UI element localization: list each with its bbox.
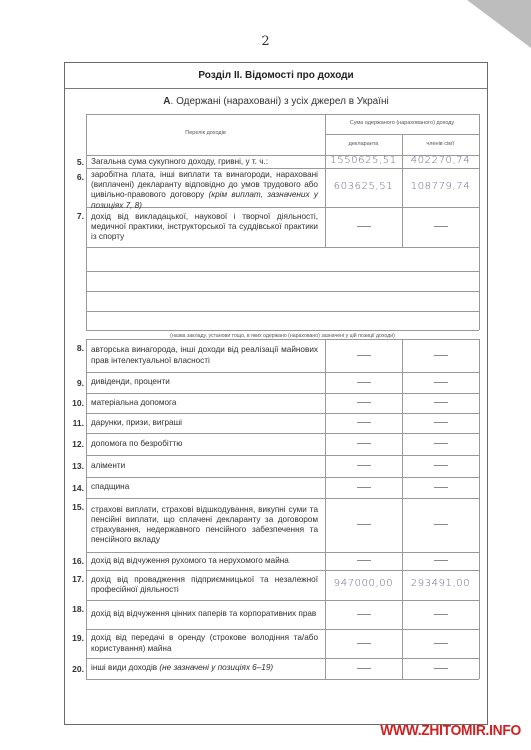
table-rule (479, 339, 480, 372)
row-number: 8. (66, 343, 84, 353)
table-rule (86, 552, 87, 570)
column-header-declarant: декларанта (325, 141, 402, 147)
declarant-value: 603625,51 (325, 181, 402, 192)
table-rule (402, 339, 403, 372)
table-rule (86, 658, 87, 679)
table-rule (402, 477, 403, 498)
income-item-label: дохід від відчуження цінних паперів та к… (91, 609, 318, 619)
table-rule (479, 498, 480, 552)
institution-caption: (назва закладу, установи тощо, в яких од… (86, 333, 479, 339)
income-item-label: дохід від викладацької, наукової і творч… (91, 212, 318, 243)
row-number: 13. (66, 461, 84, 471)
declarant-value-dash (357, 422, 371, 423)
table-rule (402, 393, 403, 413)
table-rule (325, 339, 326, 372)
table-rule (479, 114, 480, 155)
table-rule (402, 600, 403, 629)
table-rule (86, 271, 479, 272)
table-rule (479, 372, 480, 393)
table-rule (479, 455, 480, 477)
page-number: 2 (0, 34, 531, 49)
family-value-dash (434, 643, 448, 644)
income-description: матеріальна допомога (91, 398, 176, 407)
table-rule (479, 247, 480, 330)
table-rule (325, 629, 326, 658)
income-item-label: заробітна плата, інші виплати та винагор… (91, 170, 318, 211)
table-rule (86, 393, 87, 413)
family-value-dash (434, 443, 448, 444)
family-value: 293491,00 (402, 578, 479, 589)
income-item-label: інші види доходів (не зазначені у позиці… (91, 663, 318, 673)
row-number: 16. (66, 556, 84, 566)
table-rule (86, 433, 479, 434)
family-value-dash (434, 614, 448, 615)
row-number: 10. (66, 398, 84, 408)
table-rule (86, 413, 87, 433)
column-header-income-list: Перелік доходів (86, 130, 325, 136)
declarant-value-dash (357, 402, 371, 403)
table-rule (86, 498, 87, 552)
table-rule (402, 552, 403, 570)
table-rule (86, 629, 87, 658)
table-rule (86, 477, 479, 478)
family-value-dash (434, 402, 448, 403)
table-rule (86, 498, 479, 499)
table-rule (325, 372, 326, 393)
table-rule (479, 168, 480, 207)
subsection-letter: А (163, 96, 170, 107)
column-header-sum: Сума одержаного (нарахованого) доходу (325, 120, 479, 126)
row-number: 19. (66, 633, 84, 643)
income-description: дохід від передачі в оренду (строкове во… (91, 633, 318, 652)
row-number: 18. (66, 604, 84, 614)
table-rule (86, 330, 479, 331)
table-rule (86, 570, 87, 600)
declarant-value-dash (357, 382, 371, 383)
declarant-value-dash (357, 614, 371, 615)
table-rule (86, 393, 479, 394)
declarant-value: 947000,00 (325, 578, 402, 589)
income-description: аліменти (91, 461, 125, 470)
income-item-label: авторська винагорода, інші доходи від ре… (91, 345, 318, 365)
table-rule (86, 455, 479, 456)
table-rule (402, 455, 403, 477)
family-value-dash (434, 487, 448, 488)
family-value-dash (434, 226, 448, 227)
table-rule (479, 393, 480, 413)
income-description-note: (не зазначені у позиціях 6–19) (159, 663, 273, 672)
declarant-value-dash (357, 560, 371, 561)
table-rule (402, 658, 403, 679)
income-item-label: дивіденди, проценти (91, 377, 318, 387)
table-rule (479, 155, 480, 168)
declarant-value-dash (357, 668, 371, 669)
subsection-title: А. Одержані (нараховані) з усіх джерел в… (65, 89, 487, 115)
income-description: допомога по безробіттю (91, 439, 182, 448)
family-value: 108779,74 (402, 181, 479, 192)
table-rule (86, 207, 87, 247)
table-rule (86, 339, 479, 340)
family-value-dash (434, 355, 448, 356)
row-number: 20. (66, 664, 84, 674)
family-value-dash (434, 422, 448, 423)
row-number: 15. (66, 502, 84, 512)
table-rule (402, 629, 403, 658)
table-rule (86, 372, 479, 373)
declarant-value-dash (357, 643, 371, 644)
income-description: інші види доходів (91, 663, 159, 672)
table-rule (86, 155, 87, 168)
income-item-label: аліменти (91, 461, 318, 471)
subsection-text: . Одержані (нараховані) з усіх джерел в … (171, 96, 389, 107)
table-rule (479, 570, 480, 600)
table-rule (86, 433, 87, 455)
income-description: дивіденди, проценти (91, 377, 170, 386)
table-rule (325, 455, 326, 477)
income-item-label: Загальна сума сукупного доходу, гривні, … (91, 157, 318, 167)
income-item-label: спадщина (91, 482, 318, 492)
row-number: 11. (66, 418, 84, 428)
income-item-label: дохід від відчуження рухомого та нерухом… (91, 556, 318, 566)
family-value-dash (434, 524, 448, 525)
declarant-value-dash (357, 487, 371, 488)
table-rule (479, 600, 480, 629)
income-item-label: матеріальна допомога (91, 398, 318, 408)
table-rule (479, 629, 480, 658)
declarant-value-dash (357, 226, 371, 227)
family-value-dash (434, 382, 448, 383)
table-rule (402, 207, 403, 247)
income-item-label: страхові виплати, страхові відшкодування… (91, 505, 318, 546)
table-rule (402, 433, 403, 455)
table-rule (479, 477, 480, 498)
table-rule (86, 372, 87, 393)
table-rule (86, 600, 87, 629)
table-rule (325, 207, 326, 247)
table-rule (86, 413, 479, 414)
table-rule (86, 570, 479, 571)
table-rule (86, 311, 479, 312)
declarant-value-dash (357, 355, 371, 356)
table-rule (86, 629, 479, 630)
table-rule (325, 393, 326, 413)
row-number: 6. (66, 172, 84, 182)
income-item-label: дохід від передачі в оренду (строкове во… (91, 633, 318, 653)
table-rule (479, 413, 480, 433)
table-rule (86, 247, 479, 248)
table-rule (402, 413, 403, 433)
table-rule (325, 658, 326, 679)
family-value: 402270,74 (402, 155, 479, 166)
table-rule (86, 114, 479, 115)
table-rule (86, 291, 479, 292)
table-rule (86, 168, 87, 207)
declarant-value: 1550625,51 (325, 155, 402, 166)
income-item-label: дохід від провадження підприємницької та… (91, 575, 318, 595)
income-description: дохід від відчуження цінних паперів та к… (91, 609, 316, 618)
declarant-value-dash (357, 465, 371, 466)
table-rule (325, 498, 326, 552)
table-rule (86, 658, 479, 659)
income-description: страхові виплати, страхові відшкодування… (91, 505, 318, 545)
table-rule (402, 498, 403, 552)
income-item-label: допомога по безробіттю (91, 439, 318, 449)
table-rule (479, 552, 480, 570)
income-description: дохід від викладацької, наукової і творч… (91, 212, 318, 241)
table-rule (86, 339, 87, 372)
table-rule (86, 477, 87, 498)
income-description: дохід від провадження підприємницької та… (91, 575, 318, 594)
declarant-value-dash (357, 443, 371, 444)
table-rule (86, 247, 87, 330)
column-header-family: членів сім'ї (402, 141, 479, 147)
family-value-dash (434, 465, 448, 466)
table-rule (325, 552, 326, 570)
row-number: 5. (66, 157, 84, 167)
table-rule (86, 168, 479, 169)
table-rule (325, 413, 326, 433)
row-number: 14. (66, 483, 84, 493)
declarant-value-dash (357, 524, 371, 525)
table-rule (325, 600, 326, 629)
income-description: дарунки, призи, виграші (91, 418, 182, 427)
income-description: авторська винагорода, інші доходи від ре… (91, 345, 318, 364)
table-rule (479, 433, 480, 455)
row-number: 17. (66, 574, 84, 584)
table-rule (479, 207, 480, 247)
table-rule (325, 477, 326, 498)
table-rule (479, 658, 480, 679)
income-description: дохід від відчуження рухомого та нерухом… (91, 556, 289, 565)
income-item-label: дарунки, призи, виграші (91, 418, 318, 428)
family-value-dash (434, 560, 448, 561)
section-title: Розділ ІІ. Відомості про доходи (65, 63, 487, 89)
row-number: 7. (66, 211, 84, 221)
site-watermark: WWW.ZHITOMIR.INFO (380, 722, 521, 739)
table-rule (86, 455, 87, 477)
table-rule (325, 433, 326, 455)
row-number: 9. (66, 378, 84, 388)
row-number: 12. (66, 439, 84, 449)
family-value-dash (434, 668, 448, 669)
income-description: спадщина (91, 482, 129, 491)
table-rule (86, 552, 479, 553)
income-description: Загальна сума сукупного доходу, гривні, … (91, 157, 268, 166)
table-rule (86, 679, 479, 680)
table-rule (86, 600, 479, 601)
table-rule (402, 372, 403, 393)
